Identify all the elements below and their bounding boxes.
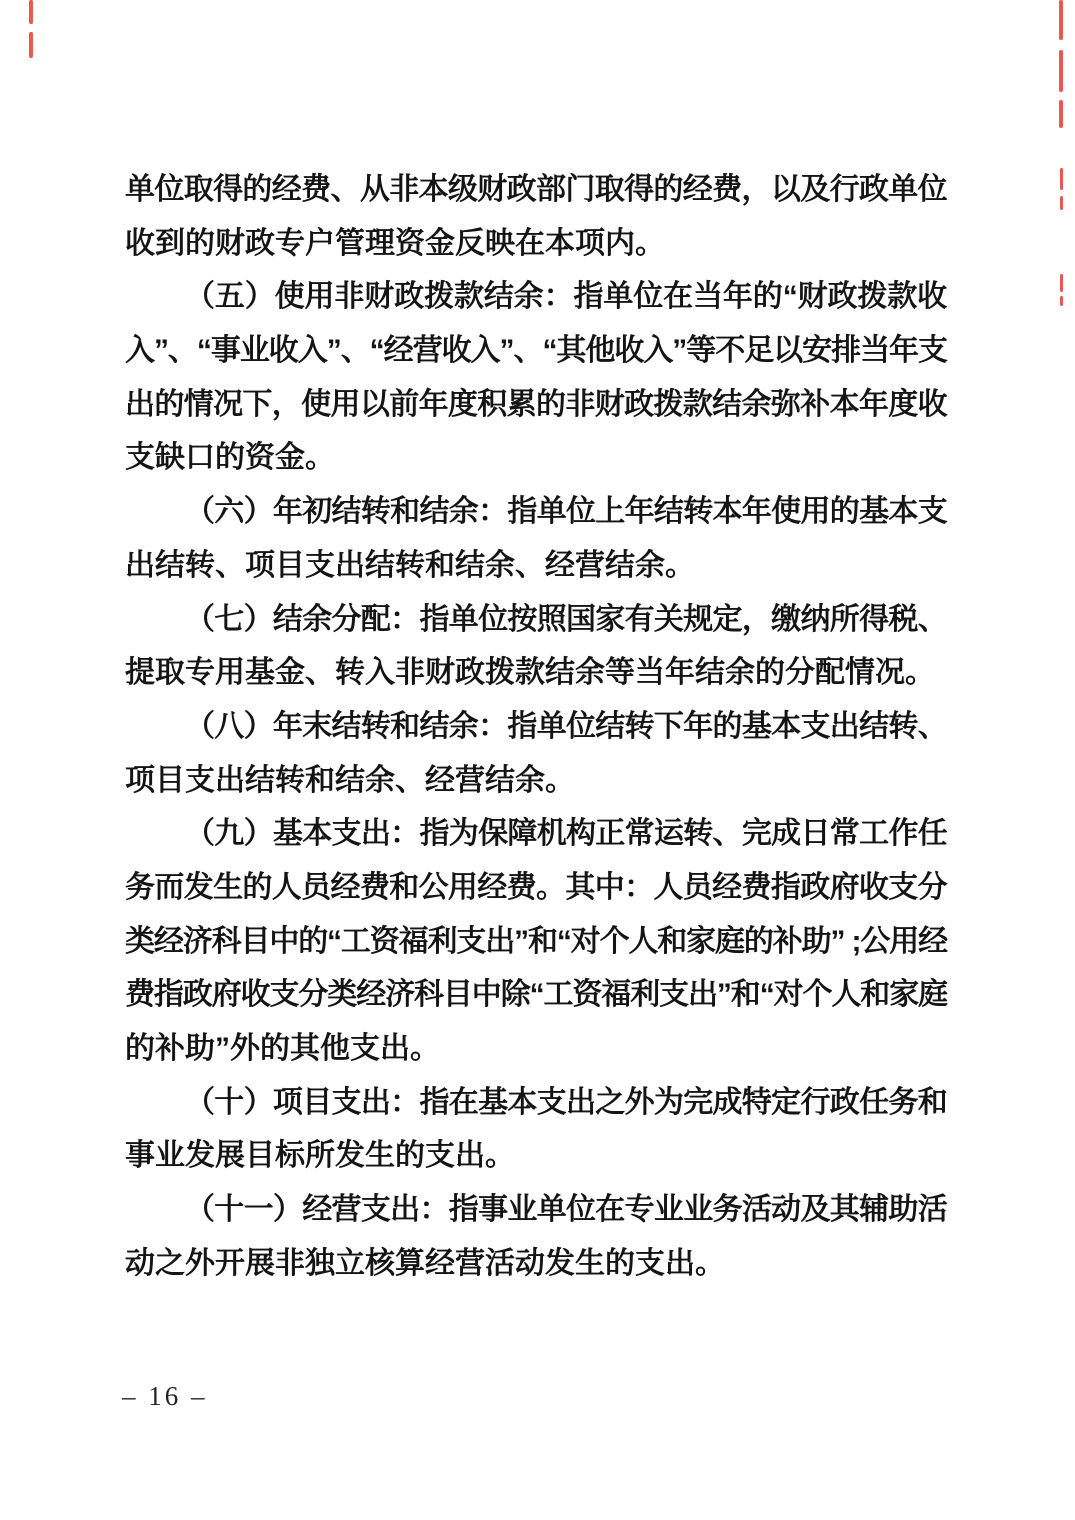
text-line-content: 入”、“事业收入”、“经营收入”、“其他收入”等不足以安排当年支 <box>125 324 947 378</box>
text-line: 出结转、项目支出结转和结余、经营结余。 <box>125 539 947 593</box>
red-edge-mark <box>1060 196 1063 210</box>
text-line: 费指政府收支分类经济科目中除“工资福利支出”和“对个人和家庭 <box>125 968 947 1022</box>
text-line: 类经济科目中的“工资福利支出”和“对个人和家庭的补助” ;公用经 <box>125 915 947 969</box>
red-edge-mark <box>29 32 33 58</box>
text-line-content: （九）基本支出：指为保障机构正常运转、完成日常工作任 <box>185 807 947 861</box>
text-line-content: （六）年初结转和结余：指单位上年结转本年使用的基本支 <box>185 485 947 539</box>
text-line-content: （五）使用非财政拨款结余：指单位在当年的“财政拨款收 <box>185 270 947 324</box>
text-line-content: 务而发生的人员经费和公用经费。其中：人员经费指政府收支分 <box>125 861 947 915</box>
red-edge-mark <box>1060 274 1063 292</box>
text-line: 事业发展目标所发生的支出。 <box>125 1129 947 1183</box>
document-page: 单位取得的经费、从非本级财政部门取得的经费，以及行政单位收到的财政专户管理资金反… <box>0 0 1075 1520</box>
text-line: （十一）经营支出：指事业单位在专业业务活动及其辅助活 <box>125 1183 947 1237</box>
text-line-content: 出的情况下，使用以前年度积累的非财政拨款结余弥补本年度收 <box>125 378 947 432</box>
text-line: 的补助”外的其他支出。 <box>125 1022 947 1076</box>
red-edge-mark <box>1059 0 1063 40</box>
red-edge-mark <box>1059 50 1063 92</box>
text-line-content: 支缺口的资金。 <box>125 431 335 485</box>
text-line: 支缺口的资金。 <box>125 431 947 485</box>
text-line-content: 事业发展目标所发生的支出。 <box>125 1129 515 1183</box>
text-line: 出的情况下，使用以前年度积累的非财政拨款结余弥补本年度收 <box>125 378 947 432</box>
text-line: （十）项目支出：指在基本支出之外为完成特定行政任务和 <box>125 1076 947 1130</box>
text-line: （八）年末结转和结余：指单位结转下年的基本支出结转、 <box>125 700 947 754</box>
red-edge-mark <box>1060 296 1063 306</box>
text-line: 务而发生的人员经费和公用经费。其中：人员经费指政府收支分 <box>125 861 947 915</box>
text-line-content: （十）项目支出：指在基本支出之外为完成特定行政任务和 <box>185 1076 947 1130</box>
text-line: （五）使用非财政拨款结余：指单位在当年的“财政拨款收 <box>125 270 947 324</box>
text-line: （六）年初结转和结余：指单位上年结转本年使用的基本支 <box>125 485 947 539</box>
text-line: 提取专用基金、转入非财政拨款结余等当年结余的分配情况。 <box>125 646 947 700</box>
text-line: 项目支出结转和结余、经营结余。 <box>125 754 947 808</box>
text-line-content: 收到的财政专户管理资金反映在本项内。 <box>125 217 665 271</box>
red-edge-mark <box>1060 168 1063 190</box>
text-line: 入”、“事业收入”、“经营收入”、“其他收入”等不足以安排当年支 <box>125 324 947 378</box>
text-line-content: 动之外开展非独立核算经营活动发生的支出。 <box>125 1237 725 1291</box>
text-line-content: （八）年末结转和结余：指单位结转下年的基本支出结转、 <box>185 700 947 754</box>
text-line-content: 项目支出结转和结余、经营结余。 <box>125 754 575 808</box>
text-line: （七）结余分配：指单位按照国家有关规定，缴纳所得税、 <box>125 593 947 647</box>
document-body: 单位取得的经费、从非本级财政部门取得的经费，以及行政单位收到的财政专户管理资金反… <box>125 163 947 1290</box>
text-line: 收到的财政专户管理资金反映在本项内。 <box>125 217 947 271</box>
text-line: 动之外开展非独立核算经营活动发生的支出。 <box>125 1237 947 1291</box>
red-edge-mark <box>1059 100 1063 128</box>
text-line-content: 费指政府收支分类经济科目中除“工资福利支出”和“对个人和家庭 <box>125 968 947 1022</box>
text-line-content: 单位取得的经费、从非本级财政部门取得的经费，以及行政单位 <box>125 163 947 217</box>
text-line-content: 类经济科目中的“工资福利支出”和“对个人和家庭的补助” ;公用经 <box>125 915 947 969</box>
text-line-content: 出结转、项目支出结转和结余、经营结余。 <box>125 539 695 593</box>
text-line: （九）基本支出：指为保障机构正常运转、完成日常工作任 <box>125 807 947 861</box>
text-line-content: （十一）经营支出：指事业单位在专业业务活动及其辅助活 <box>185 1183 947 1237</box>
page-number: – 16 – <box>122 1376 208 1416</box>
red-edge-mark <box>29 0 33 24</box>
text-line-content: 提取专用基金、转入非财政拨款结余等当年结余的分配情况。 <box>125 646 935 700</box>
text-line: 单位取得的经费、从非本级财政部门取得的经费，以及行政单位 <box>125 163 947 217</box>
text-line-content: （七）结余分配：指单位按照国家有关规定，缴纳所得税、 <box>185 593 947 647</box>
text-line-content: 的补助”外的其他支出。 <box>125 1022 440 1076</box>
